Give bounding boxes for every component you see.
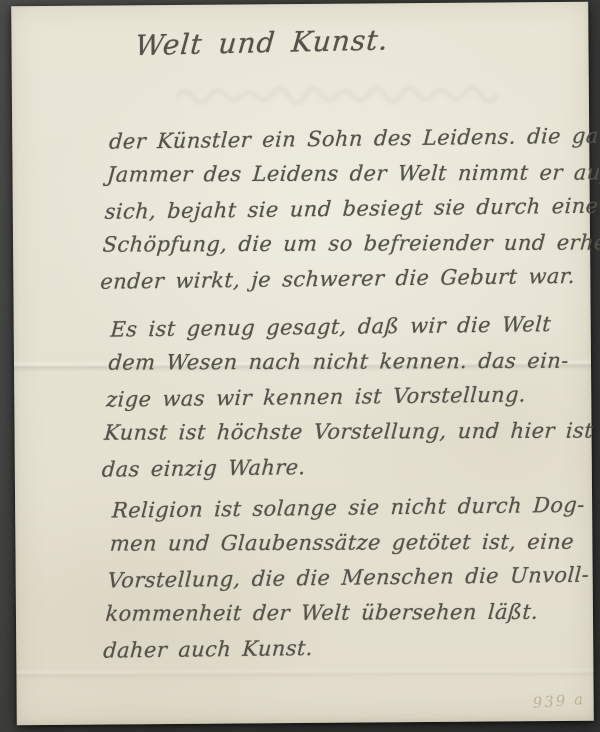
ink-bleedthrough-ghost (172, 76, 522, 109)
handwritten-line: das einzig Wahre. (101, 447, 592, 488)
photo-background: Welt und Kunst. der Künstler ein Sohn de… (0, 0, 600, 732)
manuscript-title: Welt und Kunst. (134, 24, 390, 63)
handwritten-line: Jammer des Leidens der Welt nimmt er auf (106, 155, 600, 192)
handwritten-line: Kunst ist höchste Vorstellung, und hier … (103, 414, 594, 451)
handwritten-line: daher auch Kunst. (102, 628, 586, 669)
handwritten-line: Religion ist solange sie nicht durch Dog… (111, 488, 595, 529)
paragraph-1: der Künstler ein Sohn des Leidens. die g… (99, 119, 600, 298)
handwritten-line: Schöpfung, die um so befreiender und erh… (102, 225, 600, 262)
manuscript-page: Welt und Kunst. der Künstler ein Sohn de… (11, 2, 594, 726)
handwritten-line: men und Glaubenssätze getötet ist, eine (109, 525, 593, 562)
handwritten-line: Es ist genug gesagt, daß wir die Welt (110, 307, 600, 348)
handwritten-line: kommenheit der Welt übersehen läßt. (104, 595, 588, 632)
handwritten-line: sich, bejaht sie und besiegt sie durch e… (104, 188, 600, 229)
paragraph-3: Religion ist solange sie nicht durch Dog… (102, 489, 594, 668)
handwritten-line: der Künstler ein Sohn des Leidens. die g… (108, 118, 600, 159)
paragraph-2: Es ist genug gesagt, daß wir die Welt de… (101, 308, 600, 487)
handwritten-line: Vorstellung, die die Menschen die Unvoll… (107, 558, 591, 599)
ghost-squiggle-icon (172, 76, 522, 109)
handwritten-line: dem Wesen nach nicht kennen. das ein- (107, 344, 598, 381)
handwritten-line: zige was wir kennen ist Vorstellung. (105, 377, 596, 418)
handwritten-line: ender wirkt, je schwerer die Geburt war. (99, 258, 600, 299)
inventory-number: 939 a (532, 690, 586, 712)
fold-crease-minor (16, 667, 593, 681)
